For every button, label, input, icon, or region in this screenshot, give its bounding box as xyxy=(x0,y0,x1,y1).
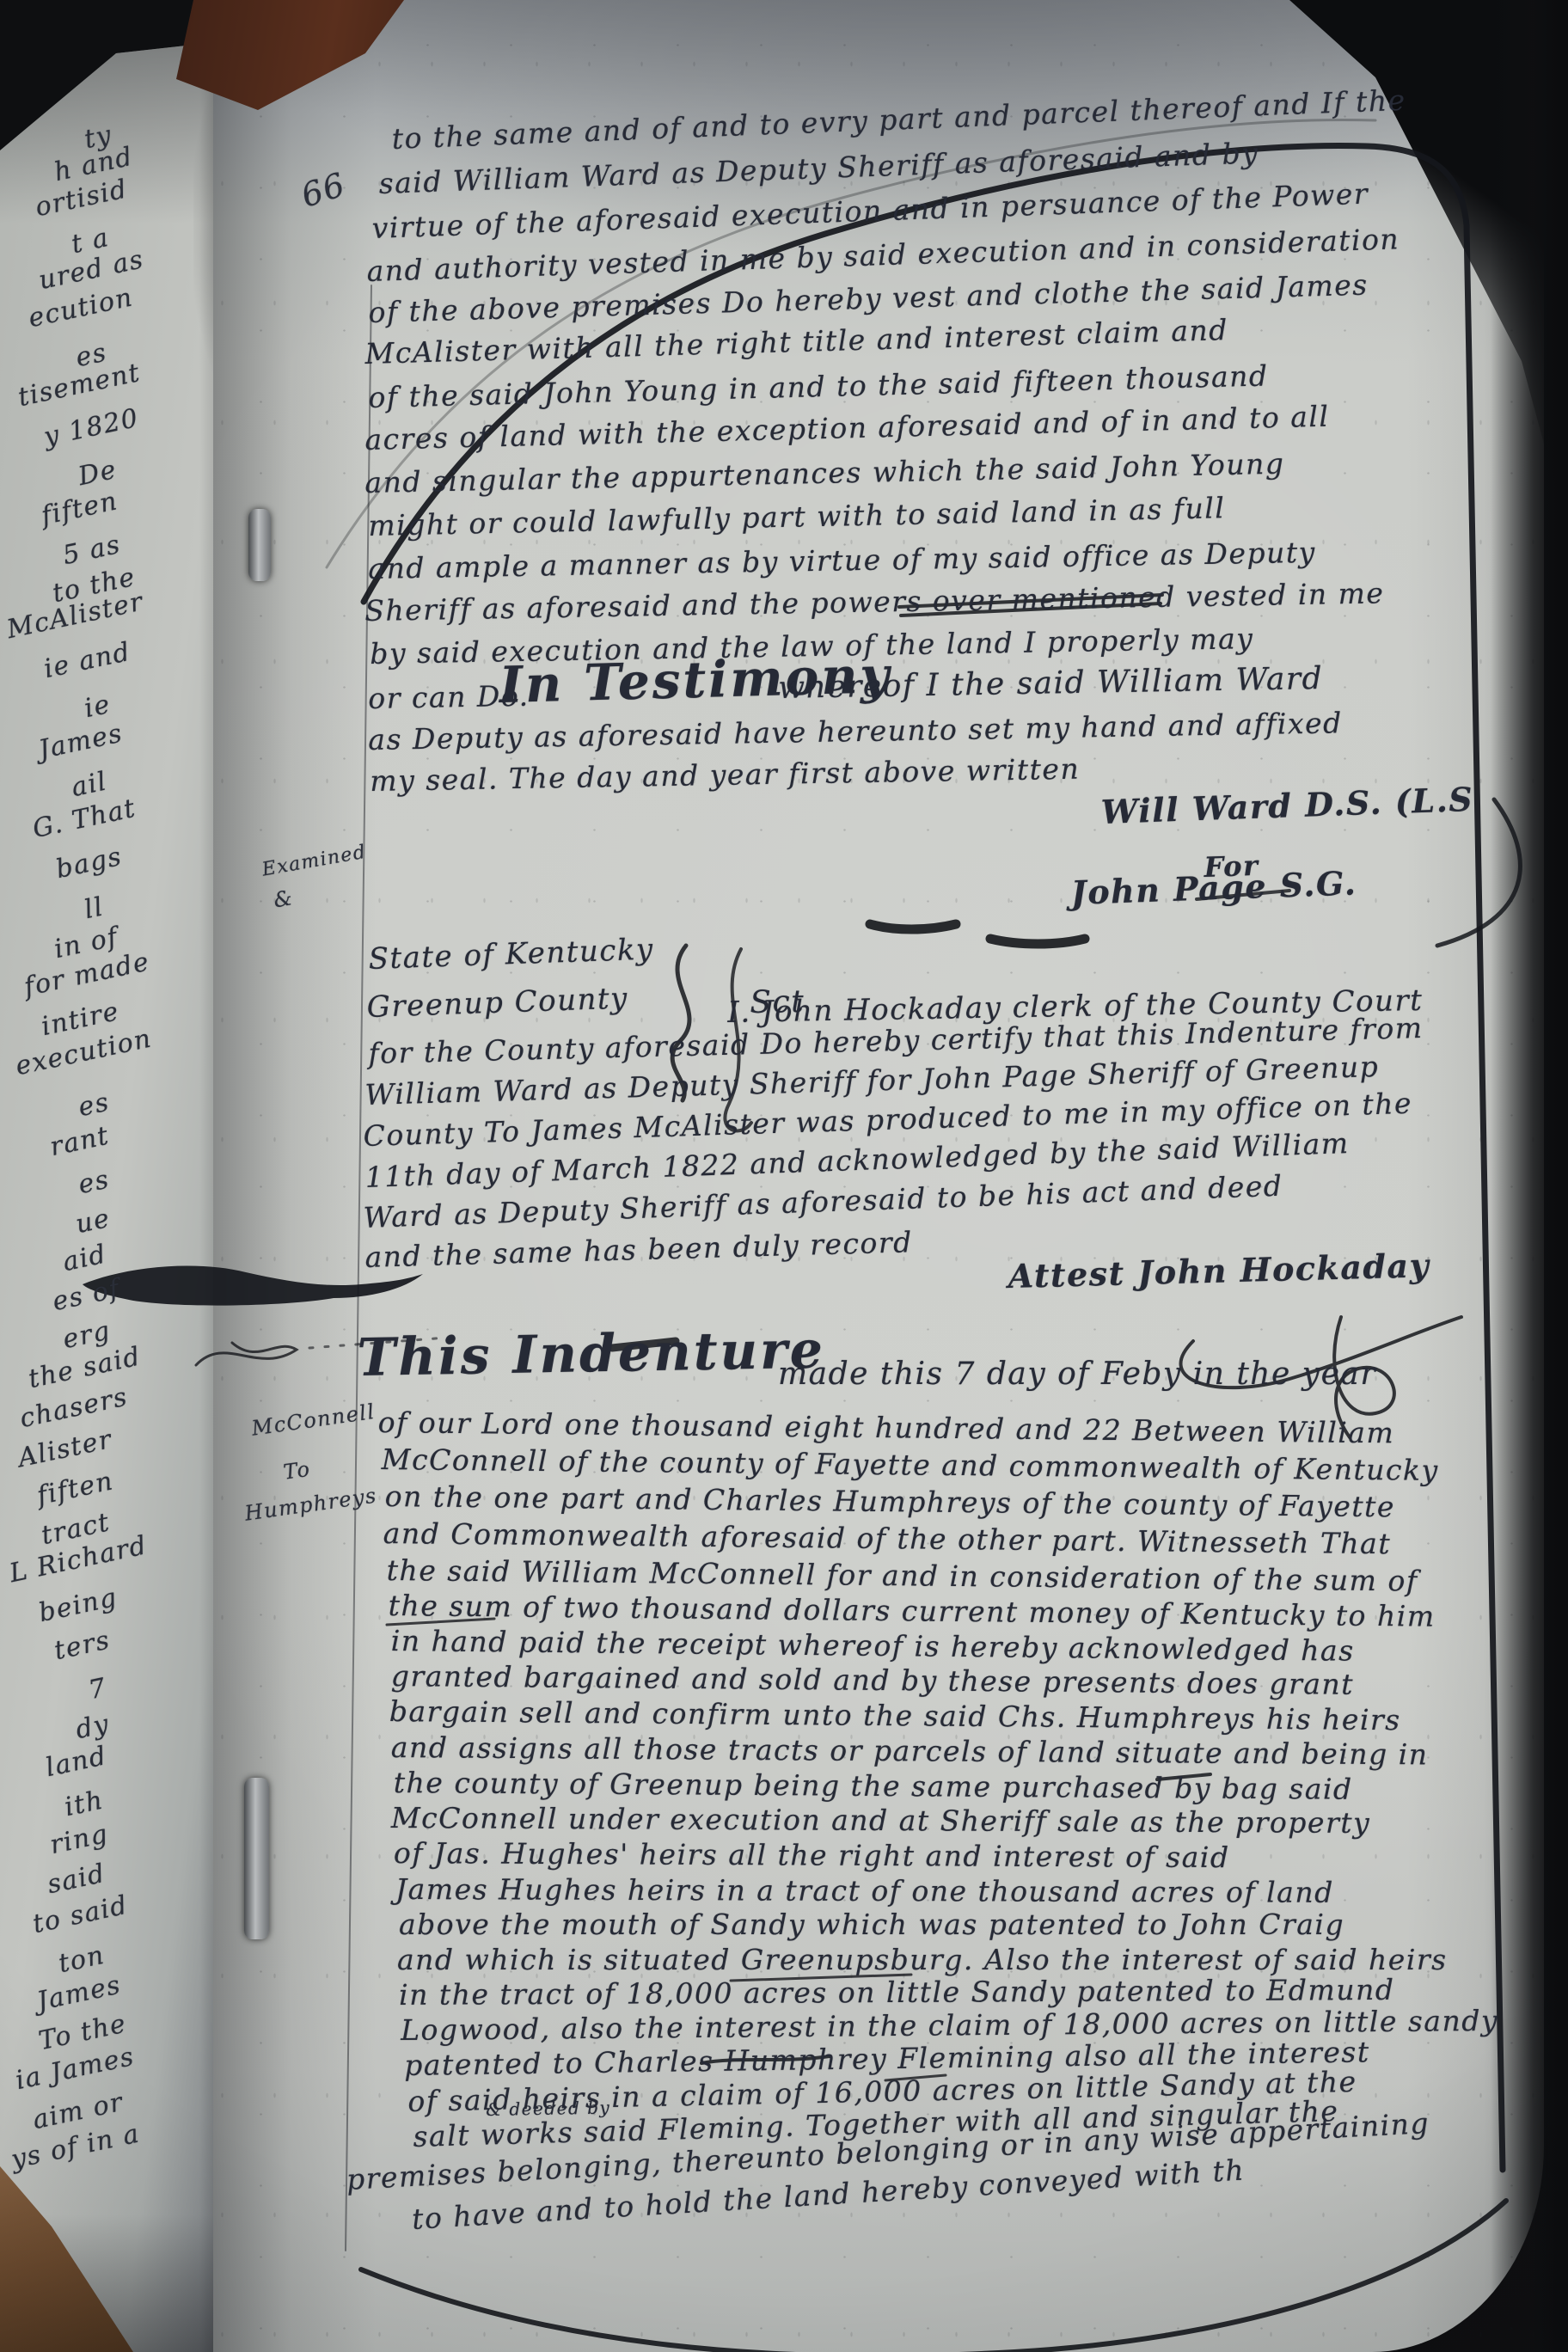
deed-book-photo: tyh andortisidt aured asecutionestisemen… xyxy=(0,0,1568,2352)
margin-notes: 66Examined&McConnellToHumphreys xyxy=(0,0,1568,2352)
index-note-grantor: McConnell xyxy=(250,1400,377,1441)
examined-note: Examined xyxy=(260,842,368,881)
index-note-to: To xyxy=(282,1457,312,1485)
index-note-grantee: Humphreys xyxy=(243,1483,378,1525)
page-number: 66 xyxy=(297,165,350,215)
examined-flourish: & xyxy=(272,885,295,913)
